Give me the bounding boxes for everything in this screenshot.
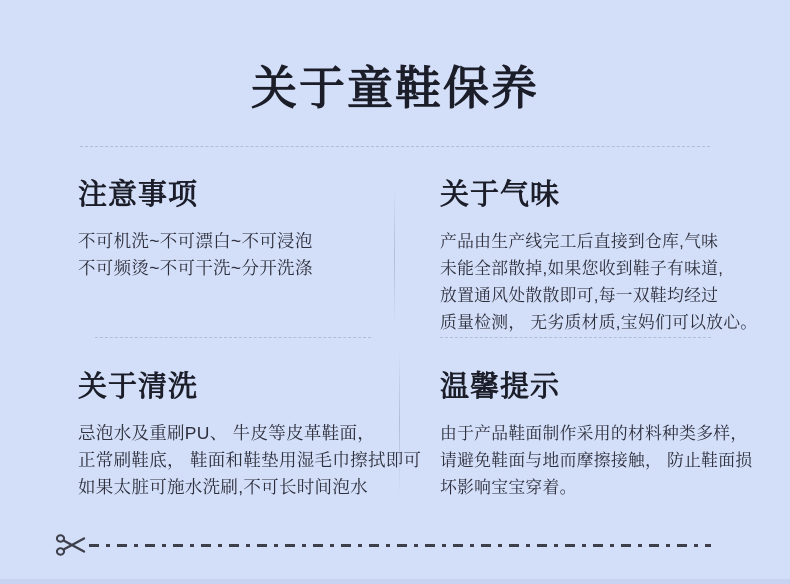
cut-line-row bbox=[55, 530, 711, 560]
row-divider-left bbox=[95, 337, 371, 338]
column-divider-top bbox=[394, 188, 395, 325]
cleaning-line: 忌泡水及重刷PU、 牛皮等皮革鞋面， bbox=[78, 420, 421, 447]
scissors-icon bbox=[55, 531, 87, 559]
cleaning-heading: 关于清洗 bbox=[78, 364, 421, 405]
bottom-edge-strip bbox=[0, 579, 790, 584]
section-odor: 关于气味 产品由生产线完工后直接到仓库,气味 未能全部散掉,如果您收到鞋子有味道… bbox=[440, 172, 757, 336]
tips-line: 由于产品鞋面制作采用的材料种类多样， bbox=[440, 420, 752, 447]
odor-line: 未能全部散掉,如果您收到鞋子有味道, bbox=[440, 255, 757, 282]
dashed-cut-line bbox=[89, 544, 711, 547]
odor-heading: 关于气味 bbox=[440, 172, 757, 213]
tips-line: 坏影响宝宝穿着。 bbox=[440, 474, 752, 501]
tips-heading: 温馨提示 bbox=[440, 364, 752, 405]
page-title: 关于童鞋保养 bbox=[0, 52, 790, 118]
cleaning-line: 正常刷鞋底， 鞋面和鞋垫用湿毛巾擦拭即可 bbox=[78, 447, 421, 474]
care-info-page: 关于童鞋保养 注意事项 不可机洗~不可漂白~不可浸泡 不可频烫~不可干洗~分开洗… bbox=[0, 0, 790, 584]
row-divider-right bbox=[440, 337, 711, 338]
section-cleaning: 关于清洗 忌泡水及重刷PU、 牛皮等皮革鞋面， 正常刷鞋底， 鞋面和鞋垫用湿毛巾… bbox=[78, 364, 421, 501]
odor-line: 放置通风处散散即可,每一双鞋均经过 bbox=[440, 282, 757, 309]
title-divider bbox=[80, 146, 710, 147]
odor-line: 质量检测， 无劣质材质,宝妈们可以放心。 bbox=[440, 309, 757, 336]
precautions-line: 不可频烫~不可干洗~分开洗涤 bbox=[78, 255, 313, 282]
odor-line: 产品由生产线完工后直接到仓库,气味 bbox=[440, 228, 757, 255]
section-tips: 温馨提示 由于产品鞋面制作采用的材料种类多样， 请避免鞋面与地而摩擦接触， 防止… bbox=[440, 364, 752, 501]
section-precautions: 注意事项 不可机洗~不可漂白~不可浸泡 不可频烫~不可干洗~分开洗涤 bbox=[78, 172, 313, 282]
tips-line: 请避免鞋面与地而摩擦接触， 防止鞋面损 bbox=[440, 447, 752, 474]
precautions-line: 不可机洗~不可漂白~不可浸泡 bbox=[78, 228, 313, 255]
cleaning-line: 如果太脏可施水洗刷,不可长时间泡水 bbox=[78, 474, 421, 501]
precautions-heading: 注意事项 bbox=[78, 172, 313, 213]
